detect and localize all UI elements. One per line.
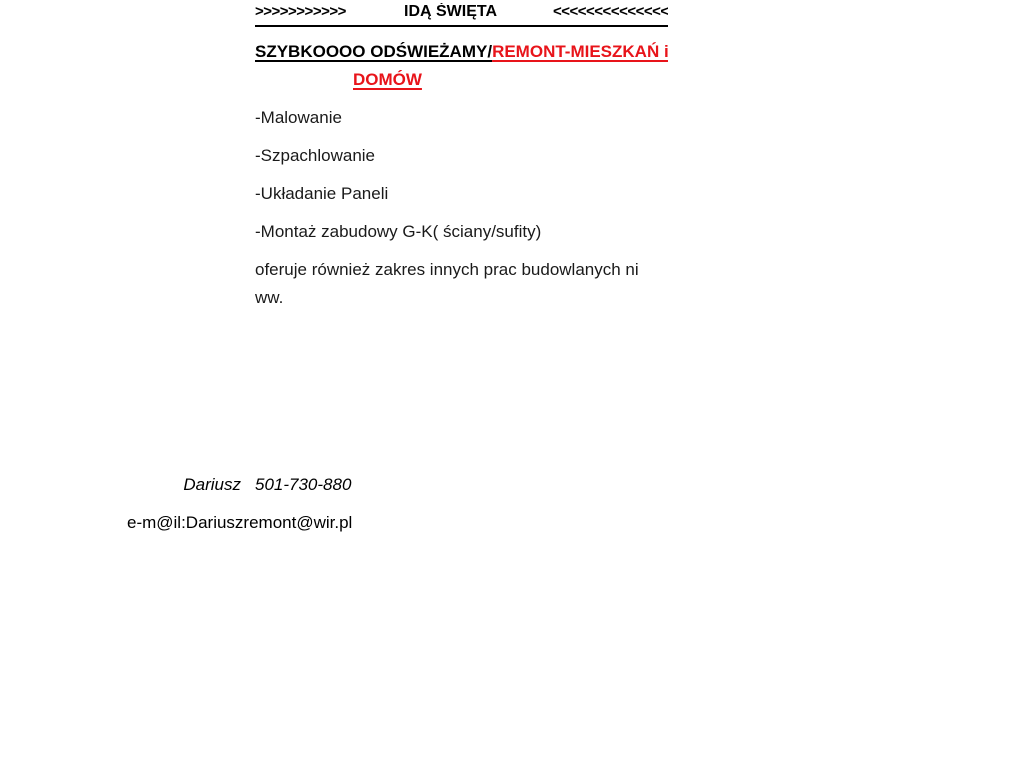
contact-email: e-m@il:Dariuszremont@wir.pl — [127, 512, 352, 534]
service-item: -Szpachlowanie — [255, 145, 375, 167]
headline-red-line2: DOMÓW — [353, 70, 422, 89]
header-title: IDĄ ŚWIĘTA — [404, 3, 497, 21]
spreadsheet-document: >>>>>>>>>>> IDĄ ŚWIĘTA <<<<<<<<<<<<<< SZ… — [0, 0, 1010, 760]
service-item: -Montaż zabudowy G-K( ściany/sufity) — [255, 221, 541, 243]
header-arrows-right: >>>>>>>>>>> — [255, 3, 346, 20]
headline-red: REMONT-MIESZKAŃ i — [492, 42, 668, 61]
contact-phone: 501-730-880 — [255, 474, 351, 496]
header-underline — [255, 25, 668, 27]
service-item: -Układanie Paneli — [255, 183, 388, 205]
headline-row-2: DOMÓW — [353, 69, 422, 91]
headline-row: SZYBKOOOO ODŚWIEŻAMY/REMONT-MIESZKAŃ i — [255, 41, 668, 67]
headline-black: SZYBKOOOO ODŚWIEŻAMY/ — [255, 42, 492, 61]
header-arrows-left: <<<<<<<<<<<<<< — [553, 3, 668, 20]
contact-name: Dariusz — [0, 474, 241, 496]
offer-line-2: ww. — [255, 287, 283, 309]
service-item: -Malowanie — [255, 107, 342, 129]
header-row: >>>>>>>>>>> IDĄ ŚWIĘTA <<<<<<<<<<<<<< — [255, 3, 668, 29]
offer-line-1: oferuje również zakres innych prac budow… — [255, 259, 668, 285]
offer-text: oferuje również zakres innych prac budow… — [255, 260, 639, 279]
